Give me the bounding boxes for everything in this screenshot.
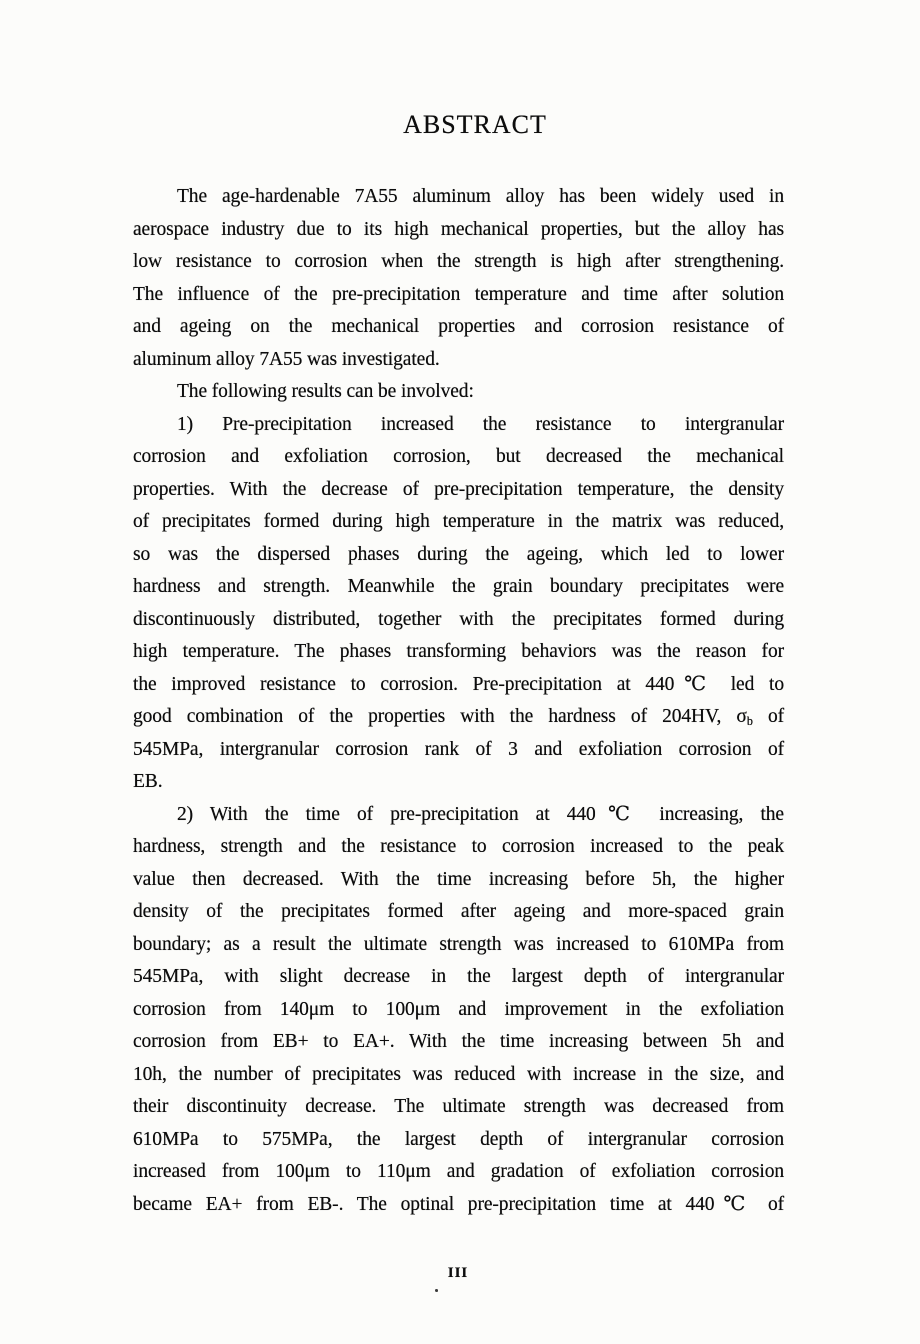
- scanned-thesis-page: ABSTRACT The age-hardenable 7A55 aluminu…: [0, 0, 920, 1344]
- abstract-line: EB.: [133, 766, 784, 799]
- abstract-line: corrosion from 140μm to 100μm and improv…: [133, 994, 784, 1027]
- abstract-line: corrosion from EB+ to EA+. With the time…: [133, 1026, 784, 1059]
- abstract-body: The age-hardenable 7A55 aluminum alloy h…: [133, 181, 784, 1221]
- abstract-line: hardness and strength. Meanwhile the gra…: [133, 571, 784, 604]
- abstract-line: hardness, strength and the resistance to…: [133, 831, 784, 864]
- abstract-line: of precipitates formed during high tempe…: [133, 506, 784, 539]
- abstract-line: 10h, the number of precipitates was redu…: [133, 1059, 784, 1092]
- abstract-line: 545MPa, intergranular corrosion rank of …: [133, 734, 784, 767]
- abstract-line: aluminum alloy 7A55 was investigated.: [133, 344, 784, 377]
- abstract-line: their discontinuity decrease. The ultima…: [133, 1091, 784, 1124]
- abstract-line: increased from 100μm to 110μm and gradat…: [133, 1156, 784, 1189]
- abstract-line: properties. With the decrease of pre-pre…: [133, 474, 784, 507]
- abstract-line: boundary; as a result the ultimate stren…: [133, 929, 784, 962]
- abstract-line: the improved resistance to corrosion. Pr…: [133, 669, 784, 702]
- abstract-line: discontinuously distributed, together wi…: [133, 604, 784, 637]
- abstract-line: The following results can be involved:: [133, 376, 784, 409]
- abstract-line: 1) Pre-precipitation increased the resis…: [133, 409, 784, 442]
- page-number: III: [133, 1265, 783, 1282]
- abstract-line: high temperature. The phases transformin…: [133, 636, 784, 669]
- abstract-line: aerospace industry due to its high mecha…: [133, 214, 784, 247]
- abstract-line: became EA+ from EB-. The optinal pre-pre…: [133, 1189, 784, 1222]
- abstract-line: and ageing on the mechanical properties …: [133, 311, 784, 344]
- abstract-line: low resistance to corrosion when the str…: [133, 246, 784, 279]
- page-title: ABSTRACT: [150, 110, 800, 140]
- abstract-line: The influence of the pre-precipitation t…: [133, 279, 784, 312]
- abstract-line: density of the precipitates formed after…: [133, 896, 784, 929]
- abstract-line: good combination of the properties with …: [133, 701, 784, 734]
- abstract-line: 610MPa to 575MPa, the largest depth of i…: [133, 1124, 784, 1157]
- abstract-line: The age-hardenable 7A55 aluminum alloy h…: [133, 181, 784, 214]
- abstract-line: so was the dispersed phases during the a…: [133, 539, 784, 572]
- abstract-line: corrosion and exfoliation corrosion, but…: [133, 441, 784, 474]
- scan-artifact-dot: [435, 1289, 438, 1292]
- abstract-line: value then decreased. With the time incr…: [133, 864, 784, 897]
- abstract-line: 2) With the time of pre-precipitation at…: [133, 799, 784, 832]
- abstract-line: 545MPa, with slight decrease in the larg…: [133, 961, 784, 994]
